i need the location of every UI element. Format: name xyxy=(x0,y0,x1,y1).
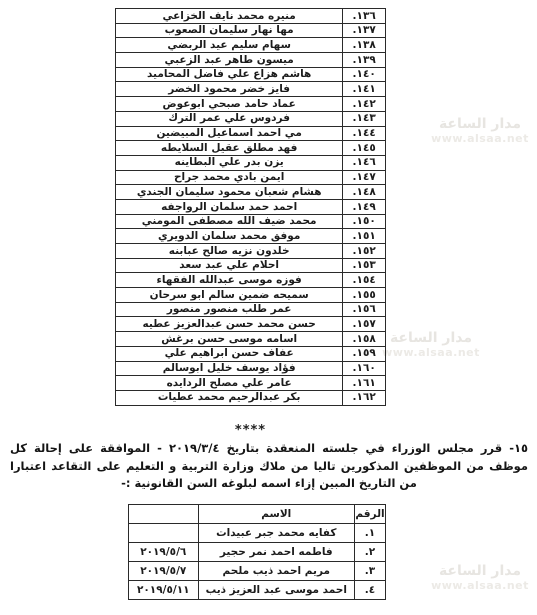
row-number: ١٤١. xyxy=(343,82,386,97)
table-row: ١٥١. موفق محمد سلمان الدويري xyxy=(116,229,386,244)
table-row: ١٤٤. مي احمد اسماعيل المبيضين xyxy=(116,126,386,141)
watermark-url: www.alsaa.net xyxy=(378,346,484,359)
employee-name: مي احمد اسماعيل المبيضين xyxy=(116,126,343,141)
row-number: ١٦١. xyxy=(343,376,386,391)
row-number: ١٥٨. xyxy=(343,332,386,347)
watermark-url: www.alsaa.net xyxy=(424,579,536,592)
table-row: ١٤٢. عماد حامد صبحي ابوعوض xyxy=(116,97,386,112)
table-row: ١٥٣. احلام علي عبد سعد xyxy=(116,258,386,273)
employee-name: مها نهار سليمان الصعوب xyxy=(116,23,343,38)
retirement-dates-body: الرقم الاسم xyxy=(129,505,386,524)
row-number: ١٥٦. xyxy=(343,302,386,317)
header-number: الرقم xyxy=(355,505,386,524)
employee-name: عمر طلب منصور منصور xyxy=(116,302,343,317)
table-row: ١٤١. فايز خضر محمود الخضر xyxy=(116,82,386,97)
employee-name: فهد مطلق عقيل السلايطه xyxy=(116,141,343,156)
table-row: ١٥٩. عفاف حسن ابراهيم علي xyxy=(116,346,386,361)
row-number: ١٣٨. xyxy=(343,38,386,53)
employee-name: موفق محمد سلمان الدويري xyxy=(116,229,343,244)
retirement-date xyxy=(129,524,199,543)
row-number: ١٥٧. xyxy=(343,317,386,332)
row-number: ١٦٢. xyxy=(343,390,386,405)
employee-name: محمد ضيف الله مصطفى المومني xyxy=(116,214,343,229)
row-number: ١٣٦. xyxy=(343,9,386,24)
table-row: ١٤٧. ايمن بادي محمد جراح xyxy=(116,170,386,185)
row-number: ١٣٧. xyxy=(343,23,386,38)
retirement-date: ٢٠١٩/٥/١١ xyxy=(129,581,199,600)
employee-name: احمد موسى عبد العزيز ذيب xyxy=(198,581,355,600)
decree-paragraph: ١٥- قرر مجلس الوزراء في جلسته المنعقدة ب… xyxy=(10,440,528,493)
table-row: ١٥٦. عمر طلب منصور منصور xyxy=(116,302,386,317)
employee-name: مريم احمد ذيب ملحم xyxy=(198,562,355,581)
table-row: ١. كفايه محمد جبر عبيدات xyxy=(129,524,386,543)
row-number: ١٥١. xyxy=(343,229,386,244)
document-page: مدار الساعة www.alsaa.net مدار الساعة ww… xyxy=(0,0,537,615)
table-row: ١٤٨. هشام شعبان محمود سليمان الجندي xyxy=(116,185,386,200)
row-number: ١٦٠. xyxy=(343,361,386,376)
watermark-sitename: مدار الساعة xyxy=(424,563,536,579)
watermark-sitename: مدار الساعة xyxy=(378,330,484,346)
watermark-middle-right: مدار الساعة www.alsaa.net xyxy=(378,330,484,359)
retirement-date: ٢٠١٩/٥/٧ xyxy=(129,562,199,581)
row-number: ١٤٨. xyxy=(343,185,386,200)
table-row: ١٦٠. فؤاد يوسف خليل ابوسالم xyxy=(116,361,386,376)
row-number: ١٤٩. xyxy=(343,199,386,214)
table-header-row: الرقم الاسم xyxy=(129,505,386,524)
row-number: ١٤٥. xyxy=(343,141,386,156)
table-row: ١٣٨. سهام سليم عيد الربضي xyxy=(116,38,386,53)
table-row: ١٤٣. فردوس علي عمر الترك xyxy=(116,111,386,126)
watermark-top-right: مدار الساعة www.alsaa.net xyxy=(424,116,536,145)
employee-name: فايز خضر محمود الخضر xyxy=(116,82,343,97)
table-row: ٣. مريم احمد ذيب ملحم ٢٠١٩/٥/٧ xyxy=(129,562,386,581)
row-number: ١٥٤. xyxy=(343,273,386,288)
retirement-dates-table: الرقم الاسم ١. كفايه محمد جبر عبيدات ٢. … xyxy=(128,504,386,600)
employee-name: فوزه موسى عبدالله الفقهاء xyxy=(116,273,343,288)
employee-name: يزن بدر علي البطاينه xyxy=(116,155,343,170)
employee-name: هشام شعبان محمود سليمان الجندي xyxy=(116,185,343,200)
table-row: ١٥٧. حسن محمد حسن عبدالعزيز عطيه xyxy=(116,317,386,332)
table-row: ١٤٩. احمد حمد سلمان الرواجفه xyxy=(116,199,386,214)
table-row: ١٥٨. اسامه موسى حسن برغش xyxy=(116,332,386,347)
table-row: ٤. احمد موسى عبد العزيز ذيب ٢٠١٩/٥/١١ xyxy=(129,581,386,600)
header-date xyxy=(129,505,199,524)
employee-name: فردوس علي عمر الترك xyxy=(116,111,343,126)
employee-name: منيره محمد نايف الخزاعي xyxy=(116,9,343,24)
retirement-dates-rows: ١. كفايه محمد جبر عبيدات ٢. فاطمه احمد ن… xyxy=(129,524,386,600)
row-number: ١٣٩. xyxy=(343,53,386,68)
table-row: ١٦٢. بكر عبدالرحيم محمد عطيات xyxy=(116,390,386,405)
table-row: ١٣٧. مها نهار سليمان الصعوب xyxy=(116,23,386,38)
table-row: ٢. فاطمه احمد نمر حجير ٢٠١٩/٥/٦ xyxy=(129,543,386,562)
row-number: ٣. xyxy=(355,562,386,581)
employee-name: هاشم هزاع علي فاضل المحاميد xyxy=(116,67,343,82)
employee-name: سهام سليم عيد الربضي xyxy=(116,38,343,53)
employee-name: احمد حمد سلمان الرواجفه xyxy=(116,199,343,214)
table-row: ١٥٤. فوزه موسى عبدالله الفقهاء xyxy=(116,273,386,288)
row-number: ١٤٤. xyxy=(343,126,386,141)
employee-name: عفاف حسن ابراهيم علي xyxy=(116,346,343,361)
employee-name: فاطمه احمد نمر حجير xyxy=(198,543,355,562)
employee-name: فؤاد يوسف خليل ابوسالم xyxy=(116,361,343,376)
employee-name: اسامه موسى حسن برغش xyxy=(116,332,343,347)
employee-name: ميسون طاهر عبد الزعبي xyxy=(116,53,343,68)
table-row: ١٣٩. ميسون طاهر عبد الزعبي xyxy=(116,53,386,68)
row-number: ١٥٢. xyxy=(343,244,386,259)
employee-name: كفايه محمد جبر عبيدات xyxy=(198,524,355,543)
row-number: ١٤٧. xyxy=(343,170,386,185)
retirement-date: ٢٠١٩/٥/٦ xyxy=(129,543,199,562)
employee-name: عامر علي مصلح الردايده xyxy=(116,376,343,391)
row-number: ١٤٢. xyxy=(343,97,386,112)
row-number: ١٥٣. xyxy=(343,258,386,273)
watermark-url: www.alsaa.net xyxy=(424,132,536,145)
row-number: ١٤٦. xyxy=(343,155,386,170)
row-number: ١٤٠. xyxy=(343,67,386,82)
employee-name: بكر عبدالرحيم محمد عطيات xyxy=(116,390,343,405)
row-number: ١٥٠. xyxy=(343,214,386,229)
employee-name: حسن محمد حسن عبدالعزيز عطيه xyxy=(116,317,343,332)
table-row: ١٥٢. خلدون نزيه صالح عبابنه xyxy=(116,244,386,259)
row-number: ١٥٥. xyxy=(343,288,386,303)
watermark-sitename: مدار الساعة xyxy=(424,116,536,132)
employee-name: سميحه ضمين سالم ابو سرحان xyxy=(116,288,343,303)
table-row: ١٦١. عامر علي مصلح الردايده xyxy=(116,376,386,391)
row-number: ١٥٩. xyxy=(343,346,386,361)
table-row: ١٥٥. سميحه ضمين سالم ابو سرحان xyxy=(116,288,386,303)
employee-name: خلدون نزيه صالح عبابنه xyxy=(116,244,343,259)
watermark-bottom-right: مدار الساعة www.alsaa.net xyxy=(424,563,536,592)
employee-name: ايمن بادي محمد جراح xyxy=(116,170,343,185)
employee-name: احلام علي عبد سعد xyxy=(116,258,343,273)
decree-line-3: من التاريخ المبين إزاء اسمه لبلوغه السن … xyxy=(10,475,528,493)
row-number: ١٤٣. xyxy=(343,111,386,126)
row-number: ٢. xyxy=(355,543,386,562)
row-number: ١. xyxy=(355,524,386,543)
retirees-list-table: ١٣٦. منيره محمد نايف الخزاعي ١٣٧. مها نه… xyxy=(115,8,386,406)
table-row: ١٤٥. فهد مطلق عقيل السلايطه xyxy=(116,141,386,156)
retirees-list-body: ١٣٦. منيره محمد نايف الخزاعي ١٣٧. مها نه… xyxy=(116,9,386,406)
employee-name: عماد حامد صبحي ابوعوض xyxy=(116,97,343,112)
table-row: ١٤٠. هاشم هزاع علي فاضل المحاميد xyxy=(116,67,386,82)
table-row: ١٥٠. محمد ضيف الله مصطفى المومني xyxy=(116,214,386,229)
row-number: ٤. xyxy=(355,581,386,600)
section-separator: **** xyxy=(115,423,386,438)
header-name: الاسم xyxy=(198,505,355,524)
decree-line-1: ١٥- قرر مجلس الوزراء في جلسته المنعقدة ب… xyxy=(10,440,528,458)
table-row: ١٣٦. منيره محمد نايف الخزاعي xyxy=(116,9,386,24)
table-row: ١٤٦. يزن بدر علي البطاينه xyxy=(116,155,386,170)
decree-line-2: موظف من الموظفين المذكورين تاليا من ملاك… xyxy=(10,458,528,476)
